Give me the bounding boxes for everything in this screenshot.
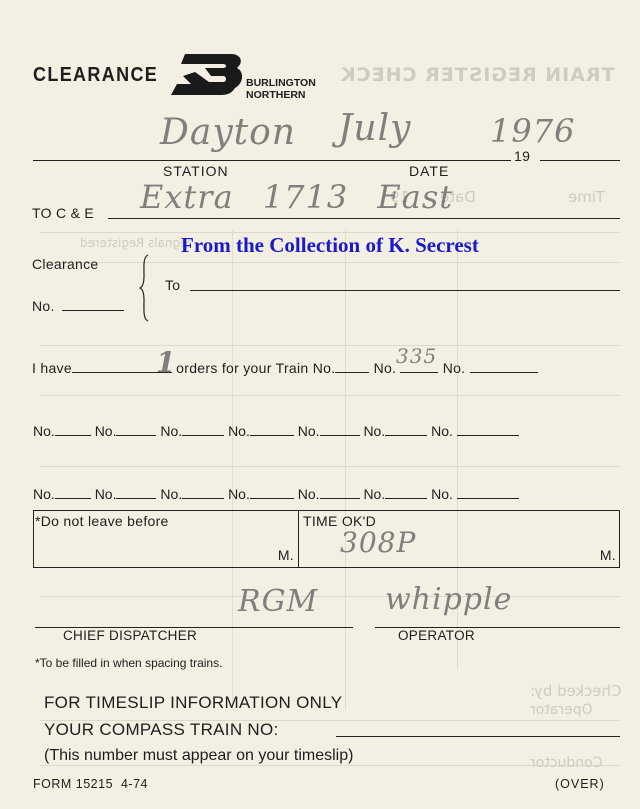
bleed-through-checked-by: Checked by: [530, 682, 622, 700]
operator-signature[interactable]: whipple [385, 582, 512, 617]
clearance-no-label: No. [32, 298, 55, 314]
timeslip-heading: FOR TIMESLIP INFORMATION ONLY [44, 693, 342, 713]
clearance-label: Clearance [32, 256, 99, 272]
order-numbers-row-1: No. No. No. No. No. No. No. [33, 423, 519, 439]
to-ce-line [108, 218, 620, 219]
operator-label: OPERATOR [398, 628, 475, 643]
form-number: FORM 15215 4-74 [33, 777, 148, 791]
order-no-field[interactable] [385, 486, 427, 499]
time-okd-suffix: M. [600, 547, 616, 563]
order-no-field[interactable] [385, 423, 427, 436]
orders-no-field-2[interactable] [470, 360, 538, 373]
over-label: (OVER) [555, 777, 605, 791]
brand-line-1: BURLINGTON [246, 77, 316, 89]
brace-icon [139, 254, 153, 322]
order-no-item: No. [228, 486, 294, 502]
orders-no-label-1: No. [374, 360, 397, 376]
bleed-through-registered: Signals Registered [80, 236, 191, 250]
do-not-leave-label: *Do not leave before [35, 513, 169, 529]
order-no-item: No. [298, 423, 360, 439]
order-no-field[interactable] [116, 423, 156, 436]
order-no-item: No. [363, 423, 427, 439]
order-no-field[interactable] [320, 423, 360, 436]
bleed-grid-line [40, 466, 620, 467]
station-date-line [33, 160, 511, 161]
order-no-field[interactable] [320, 486, 360, 499]
order-no-field[interactable] [182, 486, 224, 499]
order-no-item: No. [431, 486, 519, 502]
year-line [540, 160, 620, 161]
brand-line-2: NORTHERN [246, 89, 316, 101]
order-no-field[interactable] [250, 486, 294, 499]
order-no-field[interactable] [55, 486, 91, 499]
bleed-through-operator: Operator [530, 702, 593, 718]
order-no-field[interactable] [55, 423, 91, 436]
bleed-grid-line [40, 596, 620, 597]
order-no-item: No. [298, 486, 360, 502]
order-no-item: No. [228, 423, 294, 439]
bleed-grid-line [40, 345, 620, 346]
form-title: CLEARANCE [33, 64, 158, 87]
timeslip-note: (This number must appear on your timesli… [44, 747, 353, 765]
bleed-grid-line [232, 230, 233, 710]
year-prefix: 19 [514, 148, 530, 164]
order-no-field[interactable] [457, 423, 519, 436]
train-no-field[interactable] [335, 360, 369, 373]
to-ce-label: TO C & E [32, 205, 94, 221]
do-not-leave-cell[interactable]: *Do not leave before M. [34, 511, 299, 567]
clearance-no-line [62, 310, 124, 311]
station-handwritten-value[interactable]: Dayton [160, 112, 296, 153]
clearance-to-label: To [165, 277, 180, 293]
brand-name: BURLINGTON NORTHERN [246, 77, 316, 101]
date-handwritten-value[interactable]: July [338, 108, 411, 149]
orders-row: I have orders for your Train No. No. No. [32, 360, 538, 376]
bleed-through-conductor: Conductor [530, 755, 602, 771]
order-no-field[interactable] [182, 423, 224, 436]
compass-train-label: YOUR COMPASS TRAIN NO: [44, 720, 279, 740]
year-handwritten-value[interactable]: 1976 [490, 112, 575, 150]
orders-no-label-2: No. [443, 360, 466, 376]
order-no-field[interactable] [116, 486, 156, 499]
station-label: STATION [163, 163, 229, 179]
orders-middle-text: orders for your Train No. [176, 360, 335, 376]
to-ce-handwritten-value[interactable]: Extra 1713 East [140, 178, 453, 216]
footnote: *To be filled in when spacing trains. [35, 656, 222, 670]
order-numbers-row-2: No. No. No. No. No. No. No. [33, 486, 519, 502]
dispatcher-label: CHIEF DISPATCHER [63, 628, 197, 643]
order-no-item: No. [95, 423, 157, 439]
order-no-field[interactable] [457, 486, 519, 499]
bleed-through-title: TRAIN REGISTER CHECK [340, 64, 615, 86]
date-label: DATE [409, 163, 449, 179]
bleed-grid-line [40, 395, 620, 396]
time-okd-handwritten[interactable]: 308P [340, 526, 416, 559]
collection-watermark: From the Collection of K. Secrest [181, 233, 479, 258]
order-no-field[interactable] [250, 423, 294, 436]
order-no-item: No. [95, 486, 157, 502]
bleed-grid-line [40, 262, 620, 263]
order-no-item: No. [160, 423, 224, 439]
bleed-through-time: Time [568, 188, 605, 206]
burlington-northern-logo-icon [171, 54, 243, 96]
dispatcher-signature[interactable]: RGM [238, 584, 318, 619]
order-no-item: No. [33, 423, 91, 439]
orders-count-handwritten[interactable]: 1 [156, 346, 176, 379]
order-no-item: No. [33, 486, 91, 502]
clearance-to-line [190, 290, 620, 291]
train-no-handwritten[interactable]: 335 [396, 344, 437, 368]
order-no-item: No. [160, 486, 224, 502]
time-box: *Do not leave before M. TIME OK'D M. [33, 510, 620, 568]
do-not-leave-suffix: M. [278, 547, 294, 563]
orders-prefix: I have [32, 360, 72, 376]
bleed-grid-line [345, 230, 346, 710]
order-no-item: No. [363, 486, 427, 502]
compass-train-field[interactable] [336, 736, 620, 737]
order-no-item: No. [431, 423, 519, 439]
